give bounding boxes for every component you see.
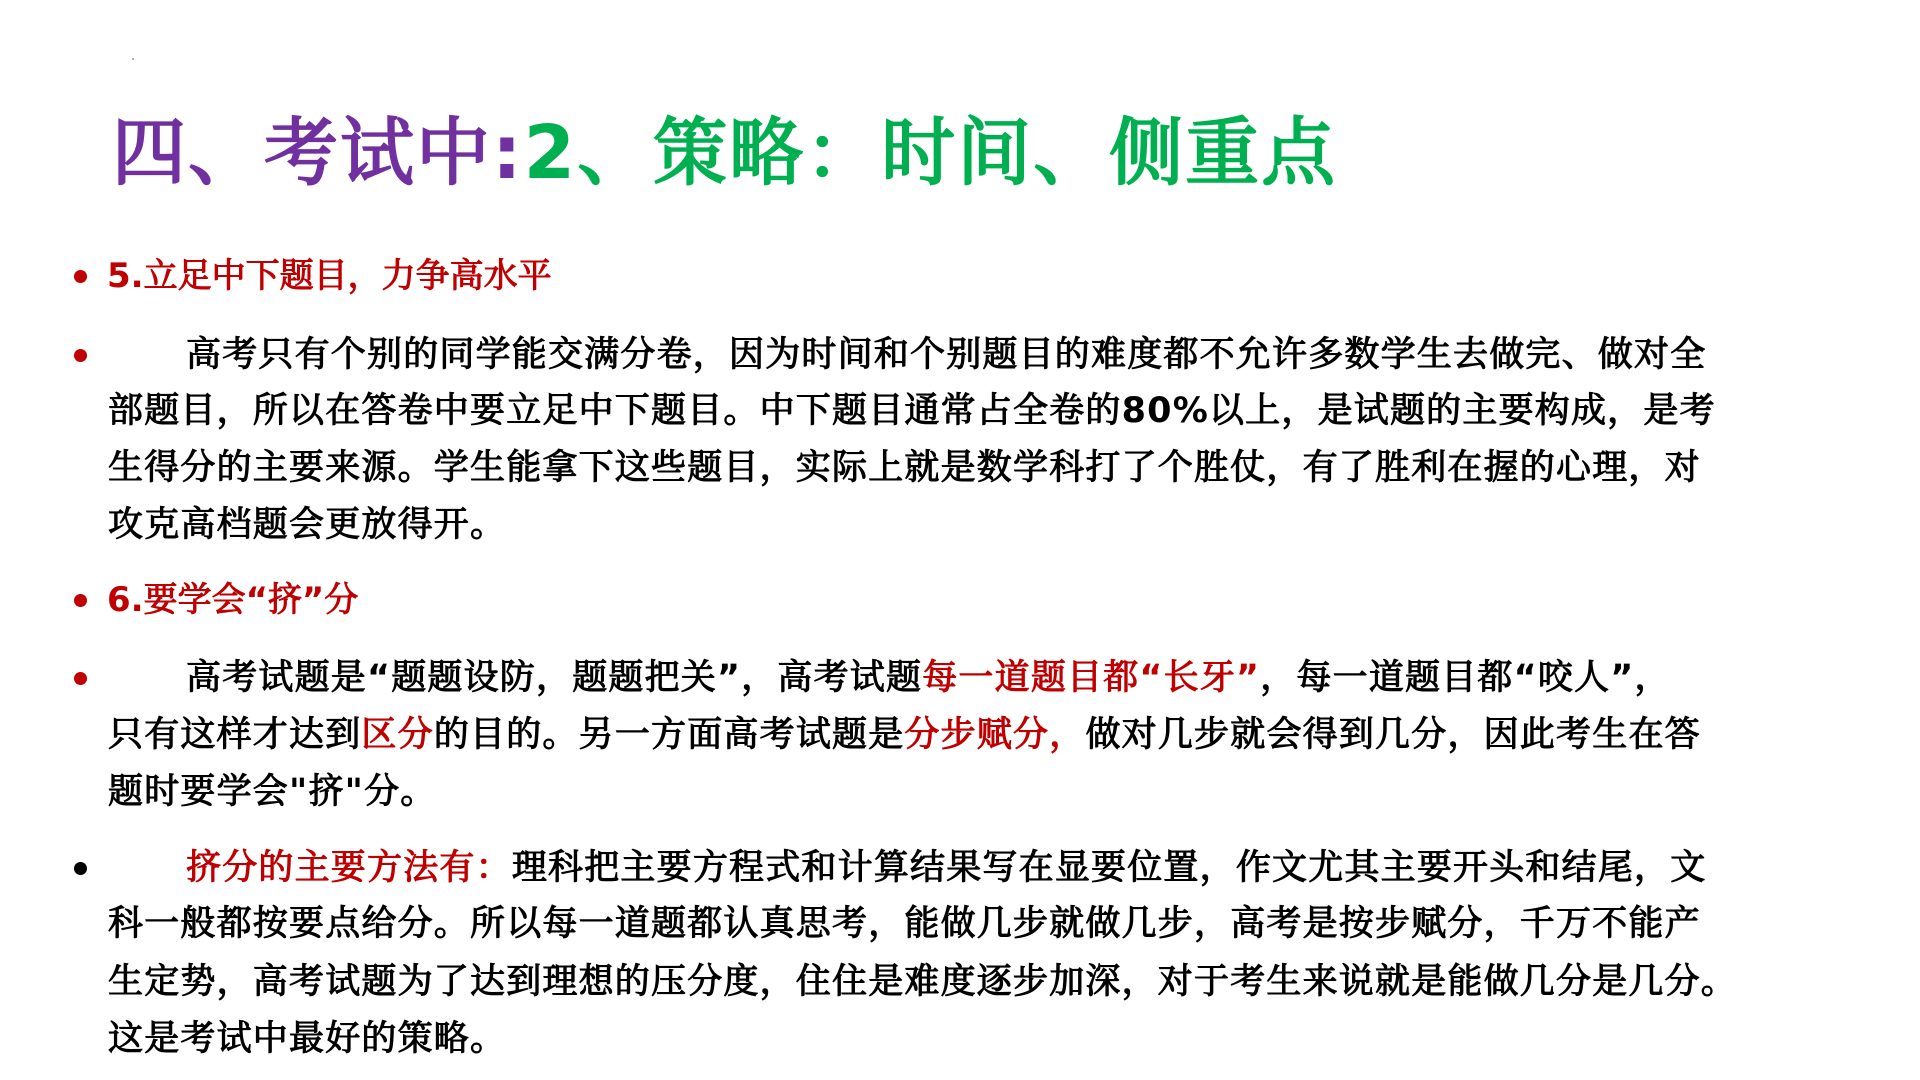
paragraph-text: 生得分的主要来源。学生能拿下这些题目，实际上就是数学科打了个胜仗，有了胜利在握的…: [108, 440, 1701, 496]
section-6-heading-row: 6.要学会“挤”分: [0, 572, 1920, 628]
title-topic-label: 2、策略：时间、侧重点: [524, 110, 1338, 196]
plain-text: 的目的。另一方面高考试题是: [434, 715, 905, 755]
bullet-icon: [74, 270, 87, 283]
paragraph-text: 挤分的主要方法有：理科把主要方程式和计算结果写在显要位置，作文尤其主要开头和结尾…: [186, 840, 1706, 896]
emphasis-text: 区分: [361, 715, 433, 755]
paragraph-text: 部题目，所以在答卷中要立足中下题目。中下题目通常占全卷的80%以上，是试题的主要…: [108, 383, 1716, 439]
paragraph-text: 科一般都按要点给分。所以每一道题都认真思考，能做几步就做几步，高考是按步赋分，千…: [108, 896, 1701, 952]
section-5-paragraph-line-2: 部题目，所以在答卷中要立足中下题目。中下题目通常占全卷的80%以上，是试题的主要…: [0, 383, 1920, 439]
section-5-heading: 5.立足中下题目，力争高水平: [107, 248, 552, 304]
section-6-heading: 6.要学会“挤”分: [107, 572, 358, 628]
methods-paragraph-line-2: 科一般都按要点给分。所以每一道题都认真思考，能做几步就做几步，高考是按步赋分，千…: [0, 896, 1920, 952]
section-6-paragraph-line-3: 题时要学会"挤"分。: [0, 764, 1920, 820]
section-6-paragraph-line-1: 高考试题是“题题设防，题题把关”，高考试题每一道题目都“长牙”，每一道题目都“咬…: [0, 650, 1920, 706]
plain-text: ，每一道题目都“咬人”，: [1260, 658, 1670, 698]
methods-paragraph-line-1: 挤分的主要方法有：理科把主要方程式和计算结果写在显要位置，作文尤其主要开头和结尾…: [0, 840, 1920, 896]
title-section-label: 四、考试中:: [112, 110, 524, 196]
paragraph-text: 高考只有个别的同学能交满分卷，因为时间和个别题目的难度都不允许多数学生去做完、做…: [186, 327, 1706, 383]
paragraph-text: 这是考试中最好的策略。: [108, 1011, 506, 1067]
plain-text: 只有这样才达到: [108, 715, 361, 755]
emphasis-text: 挤分的主要方法有：: [186, 848, 512, 888]
methods-paragraph-line-4: 这是考试中最好的策略。: [0, 1011, 1920, 1067]
plain-text: 做对几步就会得到几分，因此考生在答: [1085, 715, 1700, 755]
slide-title: 四、考试中:2、策略：时间、侧重点: [112, 108, 1337, 198]
emphasis-text: 每一道题目都“长牙”: [922, 658, 1260, 698]
section-5-heading-row: 5.立足中下题目，力争高水平: [0, 248, 1920, 304]
paragraph-text: 生定势，高考试题为了达到理想的压分度，住住是难度逐步加深，对于考生来说就是能做几…: [108, 954, 1737, 1010]
emphasis-text: 分步赋分，: [904, 715, 1085, 755]
paragraph-text: 题时要学会"挤"分。: [108, 764, 436, 820]
bullet-icon: [74, 862, 87, 875]
section-5-paragraph-line-3: 生得分的主要来源。学生能拿下这些题目，实际上就是数学科打了个胜仗，有了胜利在握的…: [0, 440, 1920, 496]
plain-text: 高考试题是“题题设防，题题把关”，高考试题: [186, 658, 922, 698]
paragraph-text: 高考试题是“题题设防，题题把关”，高考试题每一道题目都“长牙”，每一道题目都“咬…: [186, 650, 1671, 706]
paragraph-text: 攻克高档题会更放得开。: [108, 497, 506, 553]
stray-dot: [132, 58, 134, 60]
bullet-icon: [74, 672, 87, 685]
bullet-icon: [74, 349, 87, 362]
methods-paragraph-line-3: 生定势，高考试题为了达到理想的压分度，住住是难度逐步加深，对于考生来说就是能做几…: [0, 954, 1920, 1010]
section-5-paragraph-line-1: 高考只有个别的同学能交满分卷，因为时间和个别题目的难度都不允许多数学生去做完、做…: [0, 327, 1920, 383]
bullet-icon: [74, 594, 87, 607]
plain-text: 理科把主要方程式和计算结果写在显要位置，作文尤其主要开头和结尾，文: [512, 848, 1707, 888]
section-5-paragraph-line-4: 攻克高档题会更放得开。: [0, 497, 1920, 553]
section-6-paragraph-line-2: 只有这样才达到区分的目的。另一方面高考试题是分步赋分，做对几步就会得到几分，因此…: [0, 707, 1920, 763]
slide: 四、考试中:2、策略：时间、侧重点 5.立足中下题目，力争高水平 高考只有个别的…: [0, 0, 1920, 1080]
paragraph-text: 只有这样才达到区分的目的。另一方面高考试题是分步赋分，做对几步就会得到几分，因此…: [108, 707, 1701, 763]
